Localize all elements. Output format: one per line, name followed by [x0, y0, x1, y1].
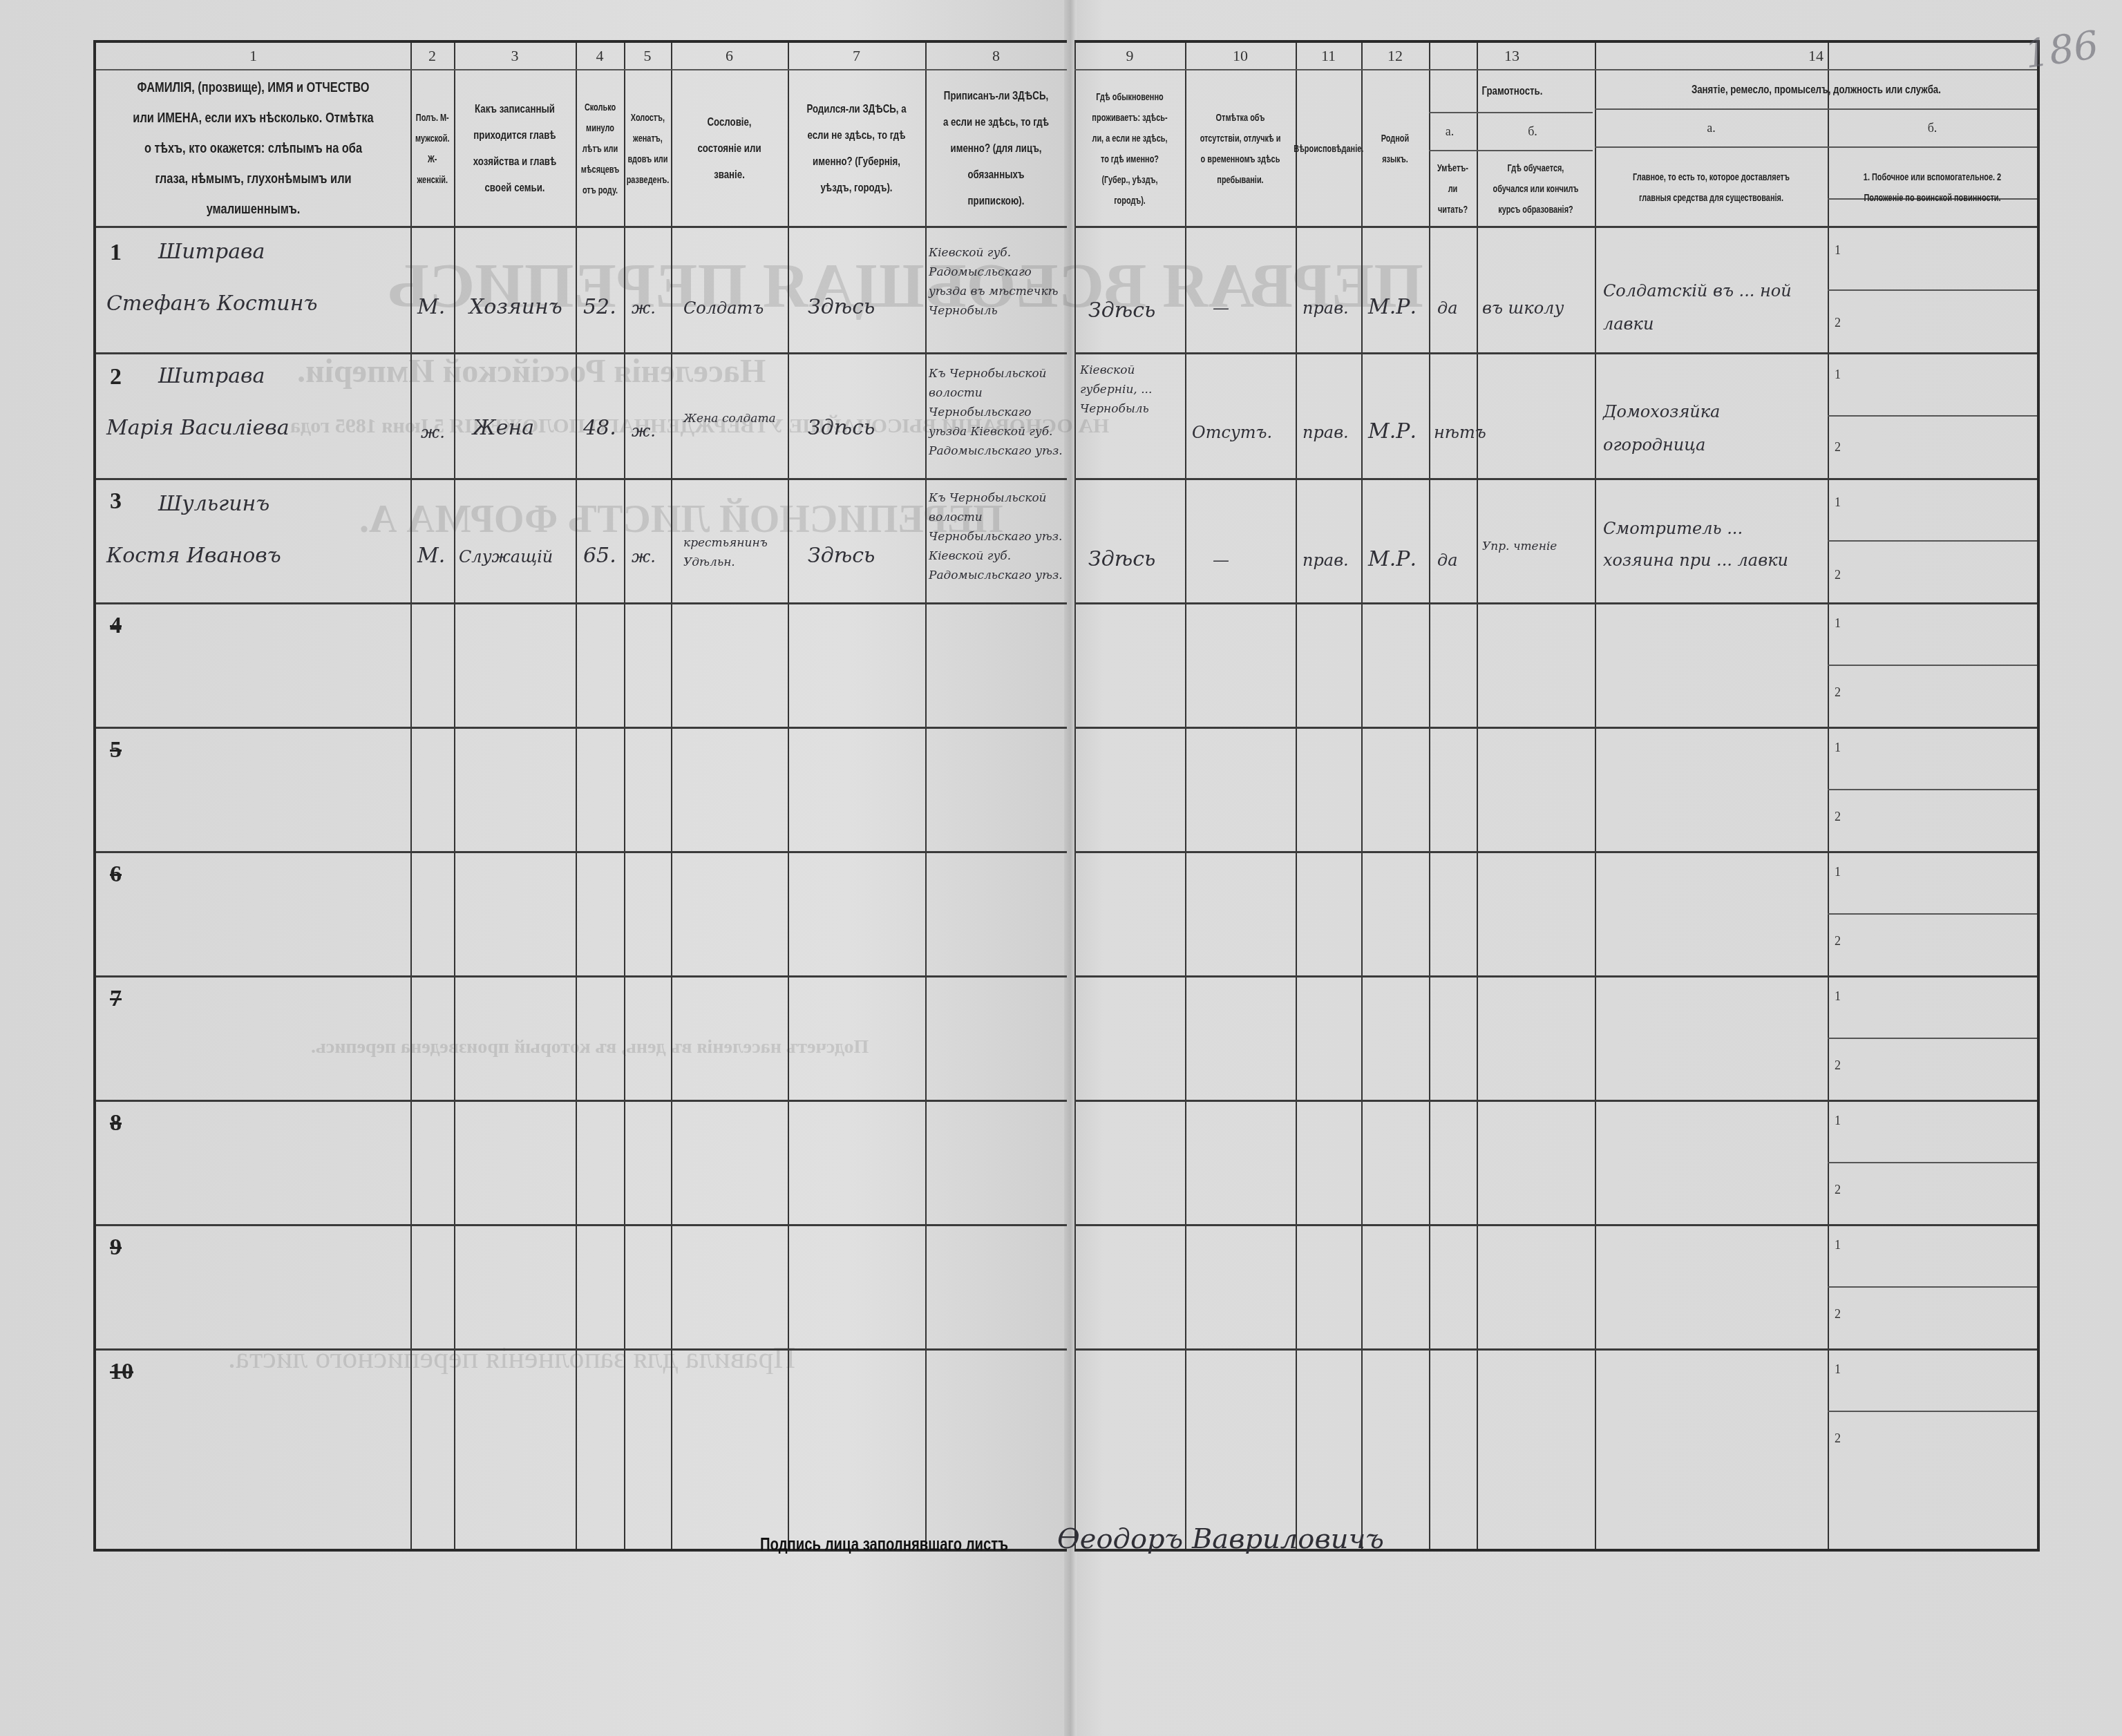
row1-marital: ж.: [632, 298, 656, 318]
left-page-table: 1 2 3 4 5 6 7 8 ФАМИЛІЯ, (прозвище), ИМЯ…: [93, 40, 1067, 1552]
row1-age: 52.: [583, 295, 616, 319]
slot-label: 1: [1835, 495, 1841, 510]
slot-label: 1: [1835, 1362, 1841, 1377]
slot-label: 1: [1835, 1238, 1841, 1252]
row2-born: Здѣсь: [808, 416, 875, 440]
col-12-number: 12: [1361, 43, 1429, 69]
col-14a-header: Главное, то есть то, которое доставляетъ…: [1622, 166, 1800, 208]
col-12-header: Родной языкъ.: [1371, 128, 1419, 169]
row1-occupation: Солдатскій въ ... ной лавки: [1603, 274, 1810, 341]
col-8-header: Приписанъ-ли ЗДѢСЬ, а если не здѣсь, то …: [943, 83, 1050, 214]
row1-born: Здѣсь: [808, 295, 875, 319]
row3-surname: Шульгинъ: [158, 492, 269, 516]
col-9-header: Гдѣ обыкновенно проживаетъ: здѣсь-ли, а …: [1089, 86, 1171, 211]
col-13a-key: а.: [1429, 113, 1470, 150]
row3-religion: прав.: [1302, 551, 1349, 570]
col-14-number: 14: [1595, 43, 2037, 69]
row3-language: М.Р.: [1368, 547, 1417, 571]
slot-label: 1: [1835, 741, 1841, 755]
row1-religion: прав.: [1302, 298, 1349, 318]
row3-absence: —: [1213, 551, 1229, 570]
slot-label: 1: [1835, 865, 1841, 879]
col-13-header: Грамотность.: [1481, 78, 1542, 104]
archive-page-number: 186: [2022, 23, 2101, 77]
slot-label: 2: [1835, 568, 1841, 582]
row1-registered: Кіевской губ. Радомысльскаго уѣзда въ мѣ…: [929, 243, 1063, 321]
col-1-number: 1: [96, 43, 410, 69]
row2-absence: Отсутъ.: [1192, 423, 1272, 442]
col-2-number: 2: [410, 43, 454, 69]
slot-label: 2: [1835, 934, 1841, 948]
row3-sex: М.: [417, 544, 445, 568]
row-number: 1: [110, 240, 122, 266]
slot-label: 1: [1835, 1114, 1841, 1128]
row2-given-names: Марія Василіева: [106, 416, 290, 440]
slot-label: 2: [1835, 810, 1841, 824]
row-number: 5: [110, 737, 122, 763]
col-7-header: Родился-ли ЗДѢСЬ, а если не здѣсь, то гд…: [805, 96, 908, 201]
row2-surname: Шитрава: [158, 364, 265, 388]
col-13b-header: Гдѣ обучается, обучался или кончилъ курс…: [1492, 158, 1580, 220]
col-1-header: ФАМИЛІЯ, (прозвище), ИМЯ и ОТЧЕСТВО или …: [133, 73, 374, 225]
row3-born: Здѣсь: [808, 544, 875, 568]
col-3-header: Какъ записанный приходится главѣ хозяйст…: [469, 96, 560, 201]
slot-label: 2: [1835, 1183, 1841, 1197]
signature-label: Подпись лица заполнявшаго листъ: [760, 1534, 1008, 1555]
slot-label: 2: [1835, 685, 1841, 700]
row2-sex: ж.: [421, 423, 445, 442]
row3-age: 65.: [583, 544, 616, 568]
row1-estate: Солдатъ: [683, 298, 764, 318]
col-5-header: Холостъ, женатъ, вдовъ или разведенъ.: [626, 107, 669, 190]
col-10-number: 10: [1185, 43, 1296, 69]
slot-label: 1: [1835, 243, 1841, 258]
col-6-number: 6: [671, 43, 788, 69]
col-4-header: Сколько минуло лѣтъ или мѣсяцевъ отъ род…: [580, 97, 618, 200]
row2-literate: нѣтъ: [1434, 423, 1486, 442]
row2-relation: Жена: [473, 416, 534, 440]
col-6-header: Сословіе, состояніе или званіе.: [686, 109, 773, 188]
row-number: 7: [110, 986, 122, 1012]
col-11-number: 11: [1296, 43, 1361, 69]
col-13b-key: б.: [1470, 113, 1595, 150]
slot-label: 2: [1835, 1431, 1841, 1446]
row3-registered: Къ Чернобыльской волости Чернобыльскаго …: [929, 488, 1063, 585]
slot-label: 1: [1835, 989, 1841, 1004]
row-number: 6: [110, 861, 122, 888]
row-number: 4: [110, 613, 122, 639]
row1-residence: Здѣсь: [1088, 298, 1155, 323]
row3-marital: ж.: [632, 547, 656, 566]
row1-given-names: Стефанъ Костинъ: [106, 292, 317, 316]
row2-residence: Кіевской губерніи, ... Чернобыль: [1080, 361, 1184, 419]
row-number: 8: [110, 1110, 122, 1136]
col-9-number: 9: [1074, 43, 1185, 69]
row1-education: въ школу: [1482, 298, 1564, 318]
row3-literate: да: [1437, 551, 1458, 570]
col-3-number: 3: [454, 43, 576, 69]
right-page-table: 9 10 11 12 13 14 Гдѣ обыкновенно прожива…: [1074, 40, 2040, 1552]
slot-label: 1: [1835, 368, 1841, 382]
col-11-header: Вѣроисповѣданіе.: [1294, 138, 1363, 159]
row1-surname: Шитрава: [158, 240, 265, 264]
slot-label: 2: [1835, 1307, 1841, 1322]
col-14a-key: а.: [1595, 110, 1828, 146]
row2-religion: прав.: [1302, 423, 1349, 442]
census-sheet: ПЕРВАЯ ВСЕОБЩАЯ ПЕРЕПИСЬ Населенія Россі…: [0, 0, 2122, 1736]
row1-relation: Хозяинъ: [469, 295, 562, 319]
col-13a-header: Умѣетъ-ли читать?: [1437, 158, 1470, 220]
row1-absence: —: [1213, 298, 1229, 318]
row-number: 2: [110, 364, 122, 390]
row2-estate: Жена солдата: [683, 409, 787, 428]
row3-occupation: Смотритель ... хозяина при ... лавки: [1603, 513, 1810, 576]
slot-label: 2: [1835, 1058, 1841, 1073]
row3-relation: Служащій: [459, 547, 553, 566]
col-4-number: 4: [576, 43, 624, 69]
row2-age: 48.: [583, 416, 616, 440]
col-5-number: 5: [624, 43, 671, 69]
row3-residence: Здѣсь: [1088, 547, 1155, 571]
signature: Ѳеодоръ Вавриловичъ: [1057, 1523, 1384, 1555]
row1-language: М.Р.: [1368, 295, 1417, 319]
slot-label: 2: [1835, 440, 1841, 455]
row-number: 3: [110, 488, 122, 515]
row1-literate: да: [1437, 298, 1458, 318]
col-13-number: 13: [1429, 43, 1595, 69]
col-10-header: Отмѣтка объ отсутствіи, отлучкѣ и о врем…: [1200, 107, 1282, 190]
row2-occupation: Домохозяйка огородница: [1603, 395, 1810, 461]
slot-label: 1: [1835, 616, 1841, 631]
col-2-header: Полъ. М-мужской. Ж-женскій.: [415, 107, 450, 190]
row-number: 9: [110, 1234, 122, 1261]
row2-language: М.Р.: [1368, 419, 1417, 443]
col-14-header: Занятіе, ремесло, промыселъ, должность и…: [1692, 77, 1941, 103]
col-7-number: 7: [788, 43, 925, 69]
row3-given-names: Костя Ивановъ: [106, 544, 281, 568]
col-14b-key: б.: [1828, 110, 2037, 146]
row2-registered: Къ Чернобыльской волости Чернобыльскаго …: [929, 364, 1063, 461]
row3-education: Упр. чтеніе: [1482, 537, 1593, 556]
col-8-number: 8: [925, 43, 1067, 69]
slot-label: 2: [1835, 316, 1841, 330]
row2-marital: ж.: [632, 421, 656, 441]
row1-sex: М.: [417, 295, 445, 319]
row-number: 10: [110, 1359, 133, 1385]
row3-estate: крестьянинъ Удѣльн.: [683, 533, 787, 572]
col-14b-header: 1. Побочное или вспомогательное. 2 Полож…: [1853, 166, 2011, 208]
